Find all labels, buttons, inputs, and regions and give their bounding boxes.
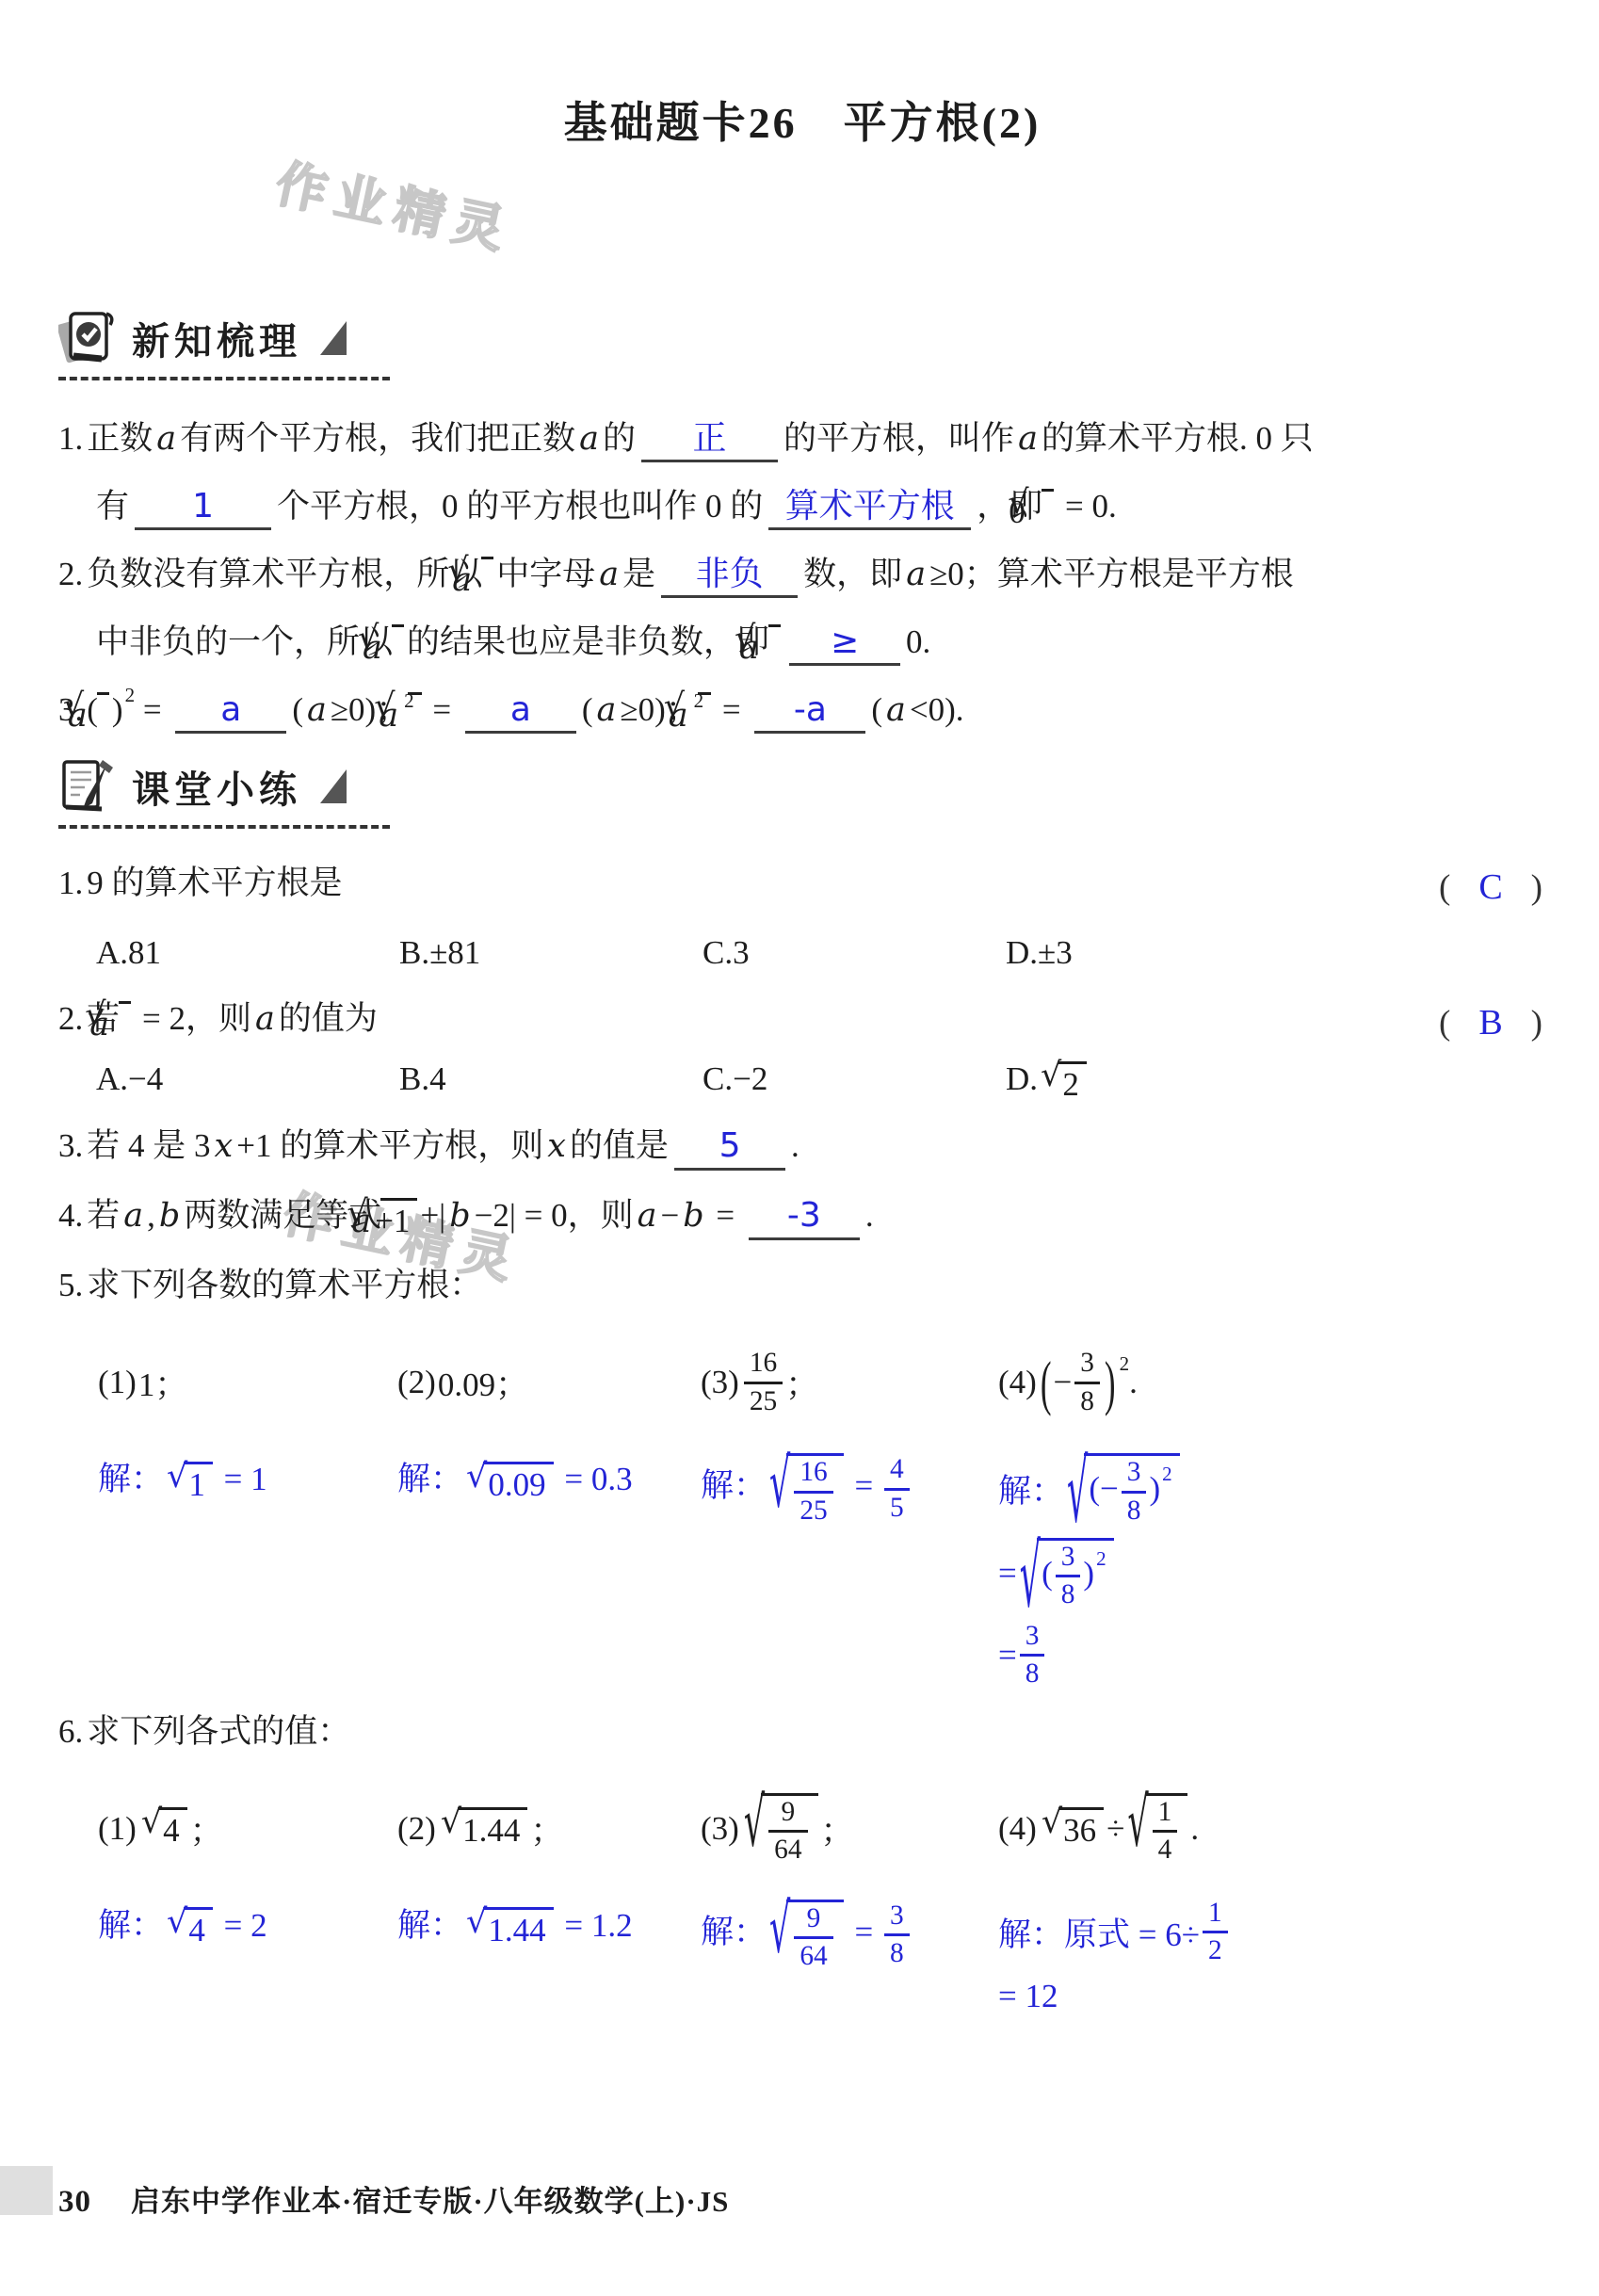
sqrt-expression: √a — [772, 624, 781, 667]
review-question-1: 1.正数a有两个平方根，我们把正数a的正的平方根，叫作a的算术平方根. 0 只 … — [58, 405, 1546, 541]
section-arrow-icon — [320, 769, 347, 803]
solution: 解：√1625 = 45 — [701, 1453, 998, 1525]
answer-bracket: (B) — [1439, 994, 1542, 1052]
section-arrow-icon — [320, 321, 347, 355]
sqrt-expression: √a — [396, 624, 404, 667]
option: C.−2 — [703, 1060, 1006, 1103]
solution: 解：√4 = 2 — [98, 1900, 397, 1949]
option: D.√2 — [1006, 1060, 1546, 1103]
q5-part1: (1)1； 解：√1 = 1 — [98, 1325, 397, 1503]
practice-q2-options: A.−4 B.4 C.−2 D.√2 — [96, 1060, 1546, 1103]
solution: 解：√0.09 = 0.3 — [397, 1453, 701, 1503]
solution: 解：原式 = 6÷12 = 12 — [998, 1900, 1546, 2016]
sqrt-expression: √0 — [1045, 489, 1054, 531]
sqrt-expression: √a2 — [702, 692, 711, 735]
problem: (2)0.09； — [397, 1325, 701, 1440]
solution: 解：√1.44 = 1.2 — [397, 1900, 701, 1949]
sqrt-expression: √a — [485, 557, 493, 599]
answer-blank: a — [465, 690, 576, 734]
answer-letter: B — [1478, 1003, 1502, 1043]
footer-text: 启东中学作业本·宿迁专版·八年级数学(上)·JS — [131, 2185, 729, 2218]
workbook-page: 作业精灵 作业精灵 基础题卡26 平方根(2) 新知梳理 1.正数 — [0, 0, 1599, 2296]
problem: (3)√964； — [701, 1771, 998, 1886]
sqrt-expression: √2 — [1041, 1061, 1087, 1104]
answer-blank: -a — [754, 690, 865, 734]
practice-question-4: 4.若a,b两数满足等式√a+1+|b−2| = 0，则a−b = -3. — [58, 1189, 1546, 1242]
q6-part2: (2)√1.44； 解：√1.44 = 1.2 — [397, 1771, 701, 1949]
q5-part4: (4)(−38)2. 解：√(−38)2 = √(38)2 = 38 — [998, 1325, 1546, 1688]
problem: (4)√36÷√14. — [998, 1771, 1546, 1886]
sqrt-expression: √a — [122, 1001, 131, 1043]
option: A.81 — [96, 934, 399, 972]
answer-blank: a — [175, 690, 286, 734]
problem: (1)1； — [98, 1325, 397, 1440]
review-questions: 1.正数a有两个平方根，我们把正数a的正的平方根，叫作a的算术平方根. 0 只 … — [58, 405, 1546, 748]
answer-bracket: (C) — [1439, 859, 1542, 916]
practice-question-5: 5.求下列各数的算术平方根： — [58, 1259, 1546, 1312]
practice-q1-options: A.81 B.±81 C.3 D.±3 — [96, 934, 1546, 972]
answer-blank: 算术平方根 — [768, 487, 971, 530]
practice-question-6: 6.求下列各式的值： — [58, 1706, 1546, 1758]
q6-part1: (1)√4； 解：√4 = 2 — [98, 1771, 397, 1949]
answer-letter: C — [1478, 867, 1502, 907]
problem: (3)1625； — [701, 1325, 998, 1440]
solution: 解：√1 = 1 — [98, 1453, 397, 1503]
section-review-title: 新知梳理 — [132, 312, 301, 365]
answer-blank: ≥ — [789, 623, 900, 666]
practice-question-1: 1.9 的算术平方根是 (C) — [58, 857, 1546, 910]
option: D.±3 — [1006, 934, 1546, 972]
page-footer: 30启东中学作业本·宿迁专版·八年级数学(上)·JS — [58, 2177, 729, 2220]
option: A.−4 — [96, 1060, 399, 1103]
q5-part2: (2)0.09； 解：√0.09 = 0.3 — [397, 1325, 701, 1503]
option: B.±81 — [399, 934, 703, 972]
review-question-2: 2.负数没有算术平方根，所以√a中字母a是非负数，即a≥0；算术平方根是平方根 … — [58, 541, 1546, 676]
q5-part3: (3)1625； 解：√1625 = 45 — [701, 1325, 998, 1525]
page-title: 基础题卡26 平方根(2) — [58, 89, 1546, 151]
problem: (1)√4； — [98, 1771, 397, 1886]
answer-blank: 正 — [641, 419, 778, 462]
solution: 解：√(−38)2 = √(38)2 = 38 — [998, 1453, 1546, 1688]
answer-blank: 非负 — [661, 555, 798, 598]
review-question-3: 3.(√a)2 = a(a≥0)；√a2 = a(a≥0)；√a2 = -a(a… — [58, 676, 1546, 748]
option: B.4 — [399, 1060, 703, 1103]
section-practice-header: 课堂小练 — [58, 757, 1546, 829]
section-review-header: 新知梳理 — [58, 309, 1546, 380]
problem: (4)(−38)2. — [998, 1325, 1546, 1440]
notepad-check-icon — [58, 309, 117, 367]
paper-pencil-icon — [58, 757, 117, 816]
solution: 解：√964 = 38 — [701, 1900, 998, 1971]
section-practice-title: 课堂小练 — [132, 760, 301, 814]
answer-blank: 1 — [135, 487, 271, 530]
answer-blank: 5 — [674, 1126, 785, 1170]
sqrt-expression: √a2 — [412, 692, 421, 735]
practice-q6-grid: (1)√4； 解：√4 = 2 (2)√1.44； 解：√1.44 = 1.2 … — [98, 1771, 1546, 2016]
page-number: 30 — [58, 2185, 91, 2219]
practice-question-3: 3.若 4 是 3x+1 的算术平方根，则x的值是5. — [58, 1120, 1546, 1172]
q6-part4: (4)√36÷√14. 解：原式 = 6÷12 = 12 — [998, 1771, 1546, 2016]
sqrt-expression: √a+1 — [384, 1198, 417, 1240]
problem: (2)√1.44； — [397, 1771, 701, 1886]
practice-q5-grid: (1)1； 解：√1 = 1 (2)0.09； 解：√0.09 = 0.3 (3… — [98, 1325, 1546, 1688]
answer-blank: -3 — [749, 1196, 860, 1239]
option: C.3 — [703, 934, 1006, 972]
sqrt-expression: √a — [101, 692, 109, 735]
practice-question-2: 2.若√a = 2，则a的值为 (B) — [58, 993, 1546, 1045]
q6-part3: (3)√964； 解：√964 = 38 — [701, 1771, 998, 1971]
scan-smudge — [0, 2166, 53, 2215]
